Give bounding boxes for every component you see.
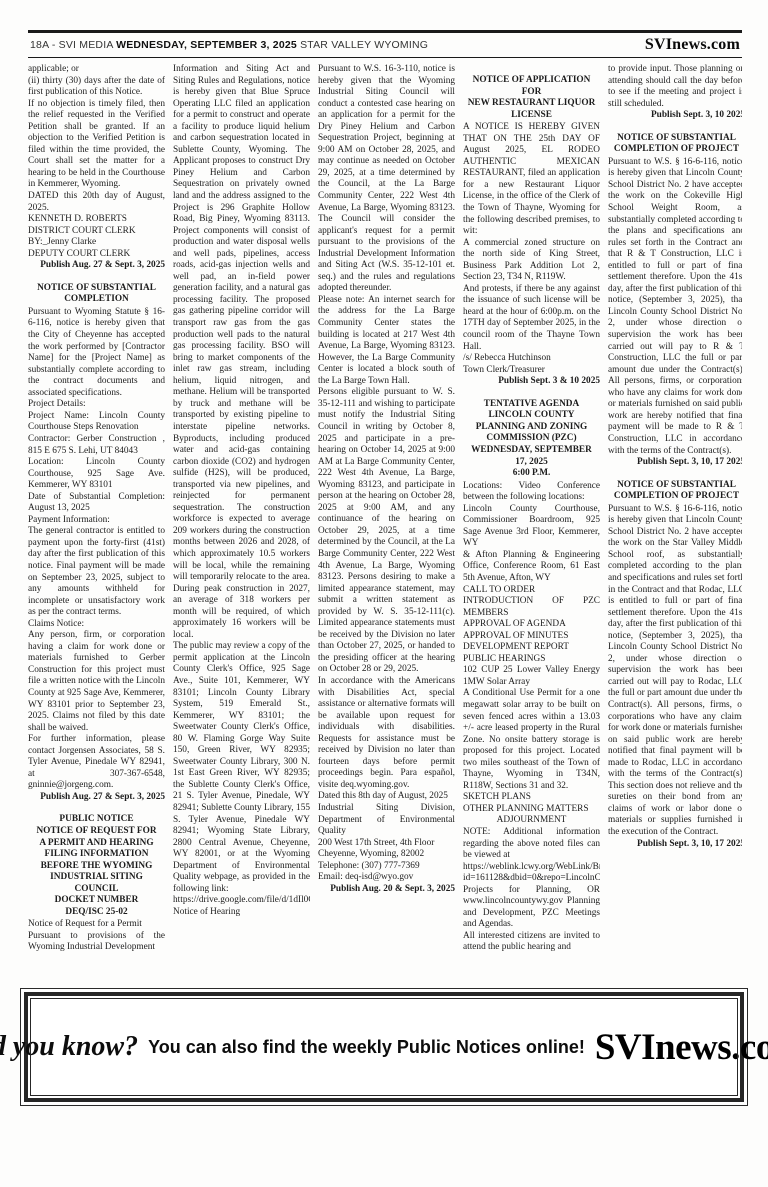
notice-column-3: Pursuant to W.S. 16-3-110, notice is her…	[318, 64, 455, 986]
notice-paragraph: APPROVAL OF AGENDA	[463, 619, 600, 631]
notice-paragraph: CALL TO ORDER	[463, 585, 600, 597]
notice-heading: NOTICE OF APPLICATION FOR NEW RESTAURANT…	[465, 75, 598, 121]
public-notices-columns: applicable; or(ii) thirty (30) days afte…	[28, 64, 742, 986]
masthead-date: WEDNESDAY, SEPTEMBER 3, 2025	[116, 39, 297, 51]
notice-paragraph: Location: Lincoln County Courthouse, 925…	[28, 457, 165, 492]
notice-paragraph: to provide input. Those planning on atte…	[608, 64, 742, 110]
notice-paragraph: Notice of Request for a Permit	[28, 919, 165, 931]
notice-paragraph: Project Name: Lincoln County Courthouse …	[28, 411, 165, 434]
notice-paragraph: Notice of Hearing	[173, 907, 310, 919]
notice-paragraph: Pursuant to provisions of the Wyoming In…	[28, 931, 165, 954]
notice-paragraph: Please note: An internet search for the …	[318, 295, 455, 387]
notice-paragraph: & Afton Planning & Engineering Office, C…	[463, 550, 600, 585]
notice-paragraph: If no objection is timely filed, then th…	[28, 99, 165, 191]
notice-paragraph: Town Clerk/Treasurer	[463, 365, 600, 377]
notice-paragraph: DEVELOPMENT REPORT	[463, 642, 600, 654]
publish-line: Publish Sept. 3, 10, 17 2025	[608, 457, 742, 469]
notice-column-4: NOTICE OF APPLICATION FOR NEW RESTAURANT…	[463, 64, 600, 986]
banner-site-url: SVInews.com	[595, 1026, 768, 1069]
banner-lead: Did you know?	[0, 1031, 138, 1063]
masthead: 18A - SVI MEDIA WEDNESDAY, SEPTEMBER 3, …	[28, 30, 742, 58]
banner-message: You can also find the weekly Public Noti…	[148, 1037, 585, 1058]
notice-paragraph: /s/ Rebecca Hutchinson	[463, 353, 600, 365]
notice-paragraph: Any person, firm, or corporation having …	[28, 630, 165, 734]
notice-paragraph: KENNETH D. ROBERTS	[28, 214, 165, 226]
notice-paragraph: https://drive.google.com/file/d/1dIl0Cw8…	[173, 895, 310, 907]
publish-line: Publish Sept. 3, 10, 17 2025	[608, 839, 742, 851]
notice-paragraph: PUBLIC HEARINGS	[463, 654, 600, 666]
publish-line: Publish Aug. 27 & Sept. 3, 2025	[28, 260, 165, 272]
notice-paragraph: Pursuant to Wyoming Statute § 16-6-116, …	[28, 307, 165, 399]
notice-paragraph: 102 CUP 25 Lower Valley Energy 1MW Solar…	[463, 665, 600, 688]
notice-paragraph: The general contractor is entitled to pa…	[28, 526, 165, 618]
did-you-know-banner: Did you know? You can also find the week…	[20, 988, 748, 1106]
publish-line: Publish Aug. 27 & Sept. 3, 2025	[28, 792, 165, 804]
notice-column-5: to provide input. Those planning on atte…	[608, 64, 742, 986]
notice-heading: TENTATIVE AGENDA LINCOLN COUNTY PLANNING…	[465, 399, 598, 480]
masthead-region: STAR VALLEY WYOMING	[300, 39, 428, 51]
notice-paragraph: Contractor: Gerber Construction , 815 E …	[28, 434, 165, 457]
notice-paragraph: Payment Information:	[28, 515, 165, 527]
notice-paragraph: A NOTICE IS HEREBY GIVEN THAT ON THE 25t…	[463, 122, 600, 237]
notice-paragraph: For further information, please contact …	[28, 734, 165, 792]
notice-paragraph: DISTRICT COURT CLERK	[28, 226, 165, 238]
notice-paragraph: NOTE: Additional information regarding t…	[463, 827, 600, 862]
page-label: 18A - SVI MEDIA	[30, 39, 113, 51]
notice-paragraph: All interested citizens are invited to a…	[463, 931, 600, 954]
notice-paragraph: Information and Siting Act and Siting Ru…	[173, 64, 310, 641]
notice-paragraph: Pursuant to W.S. § 16-6-116, notice is h…	[608, 157, 742, 457]
notice-paragraph: Date of Substantial Completion: August 1…	[28, 492, 165, 515]
notice-heading: PUBLIC NOTICE NOTICE OF REQUEST FOR A PE…	[30, 814, 163, 918]
notice-paragraph: applicable; or	[28, 64, 165, 76]
notice-heading: NOTICE OF SUBSTANTIAL COMPLETION OF PROJ…	[610, 133, 742, 156]
notice-paragraph: A commercial zoned structure on the nort…	[463, 238, 600, 284]
notice-paragraph: Cheyenne, Wyoming, 82002	[318, 849, 455, 861]
notice-paragraph: BY:_Jenny Clarke	[28, 237, 165, 249]
notice-column-2: Information and Siting Act and Siting Ru…	[173, 64, 310, 986]
notice-column-1: applicable; or(ii) thirty (30) days afte…	[28, 64, 165, 986]
masthead-left: 18A - SVI MEDIA WEDNESDAY, SEPTEMBER 3, …	[30, 39, 428, 51]
notice-heading: NOTICE OF SUBSTANTIAL COMPLETION OF PROJ…	[610, 480, 742, 503]
notice-paragraph: https://weblink.lcwy.org/WebLink/Browse.…	[463, 862, 600, 885]
notice-paragraph: And protests, if there be any against th…	[463, 284, 600, 353]
notice-paragraph: Locations: Video Conference between the …	[463, 481, 600, 504]
notice-paragraph: ADJOURNMENT	[463, 815, 600, 827]
notice-paragraph: OTHER PLANNING MATTERS	[463, 804, 600, 816]
banner-frame: Did you know? You can also find the week…	[24, 992, 744, 1102]
notice-paragraph: Telephone: (307) 777-7369	[318, 861, 455, 873]
notice-paragraph: Email: deq-isd@wyo.gov	[318, 872, 455, 884]
notice-paragraph: DATED this 20th day of August, 2025.	[28, 191, 165, 214]
notice-paragraph: INTRODUCTION OF PZC MEMBERS	[463, 596, 600, 619]
notice-paragraph: Project Details:	[28, 399, 165, 411]
notice-paragraph: 200 West 17th Street, 4th Floor	[318, 838, 455, 850]
notice-paragraph: Persons eligible pursuant to W. S. 35-12…	[318, 387, 455, 676]
notice-paragraph: The public may review a copy of the perm…	[173, 641, 310, 895]
notice-paragraph: APPROVAL OF MINUTES	[463, 631, 600, 643]
notice-paragraph: Lincoln County Courthouse, Commissioner …	[463, 504, 600, 550]
notice-paragraph: Dated this 8th day of August, 2025	[318, 791, 455, 803]
notice-paragraph: (ii) thirty (30) days after the date of …	[28, 76, 165, 99]
notice-paragraph: A Conditional Use Permit for a one megaw…	[463, 688, 600, 792]
notice-paragraph: Pursuant to W.S. 16-3-110, notice is her…	[318, 64, 455, 295]
publish-line: Publish Sept. 3, 10 2025	[608, 110, 742, 122]
publish-line: Publish Aug. 20 & Sept. 3, 2025	[318, 884, 455, 896]
masthead-site: SVInews.com	[645, 36, 740, 54]
newspaper-page: 18A - SVI MEDIA WEDNESDAY, SEPTEMBER 3, …	[0, 0, 768, 1187]
notice-paragraph: Projects for Planning, OR www.lincolncou…	[463, 885, 600, 931]
notice-paragraph: Industrial Siting Division, Department o…	[318, 803, 455, 838]
publish-line: Publish Sept. 3 & 10 2025	[463, 376, 600, 388]
notice-paragraph: SKETCH PLANS	[463, 792, 600, 804]
notice-paragraph: Pursuant to W.S. § 16-6-116, notice is h…	[608, 504, 742, 839]
notice-paragraph: DEPUTY COURT CLERK	[28, 249, 165, 261]
notice-paragraph: Claims Notice:	[28, 619, 165, 631]
notice-paragraph: In accordance with the Americans with Di…	[318, 676, 455, 791]
notice-heading: NOTICE OF SUBSTANTIAL COMPLETION	[30, 283, 163, 306]
